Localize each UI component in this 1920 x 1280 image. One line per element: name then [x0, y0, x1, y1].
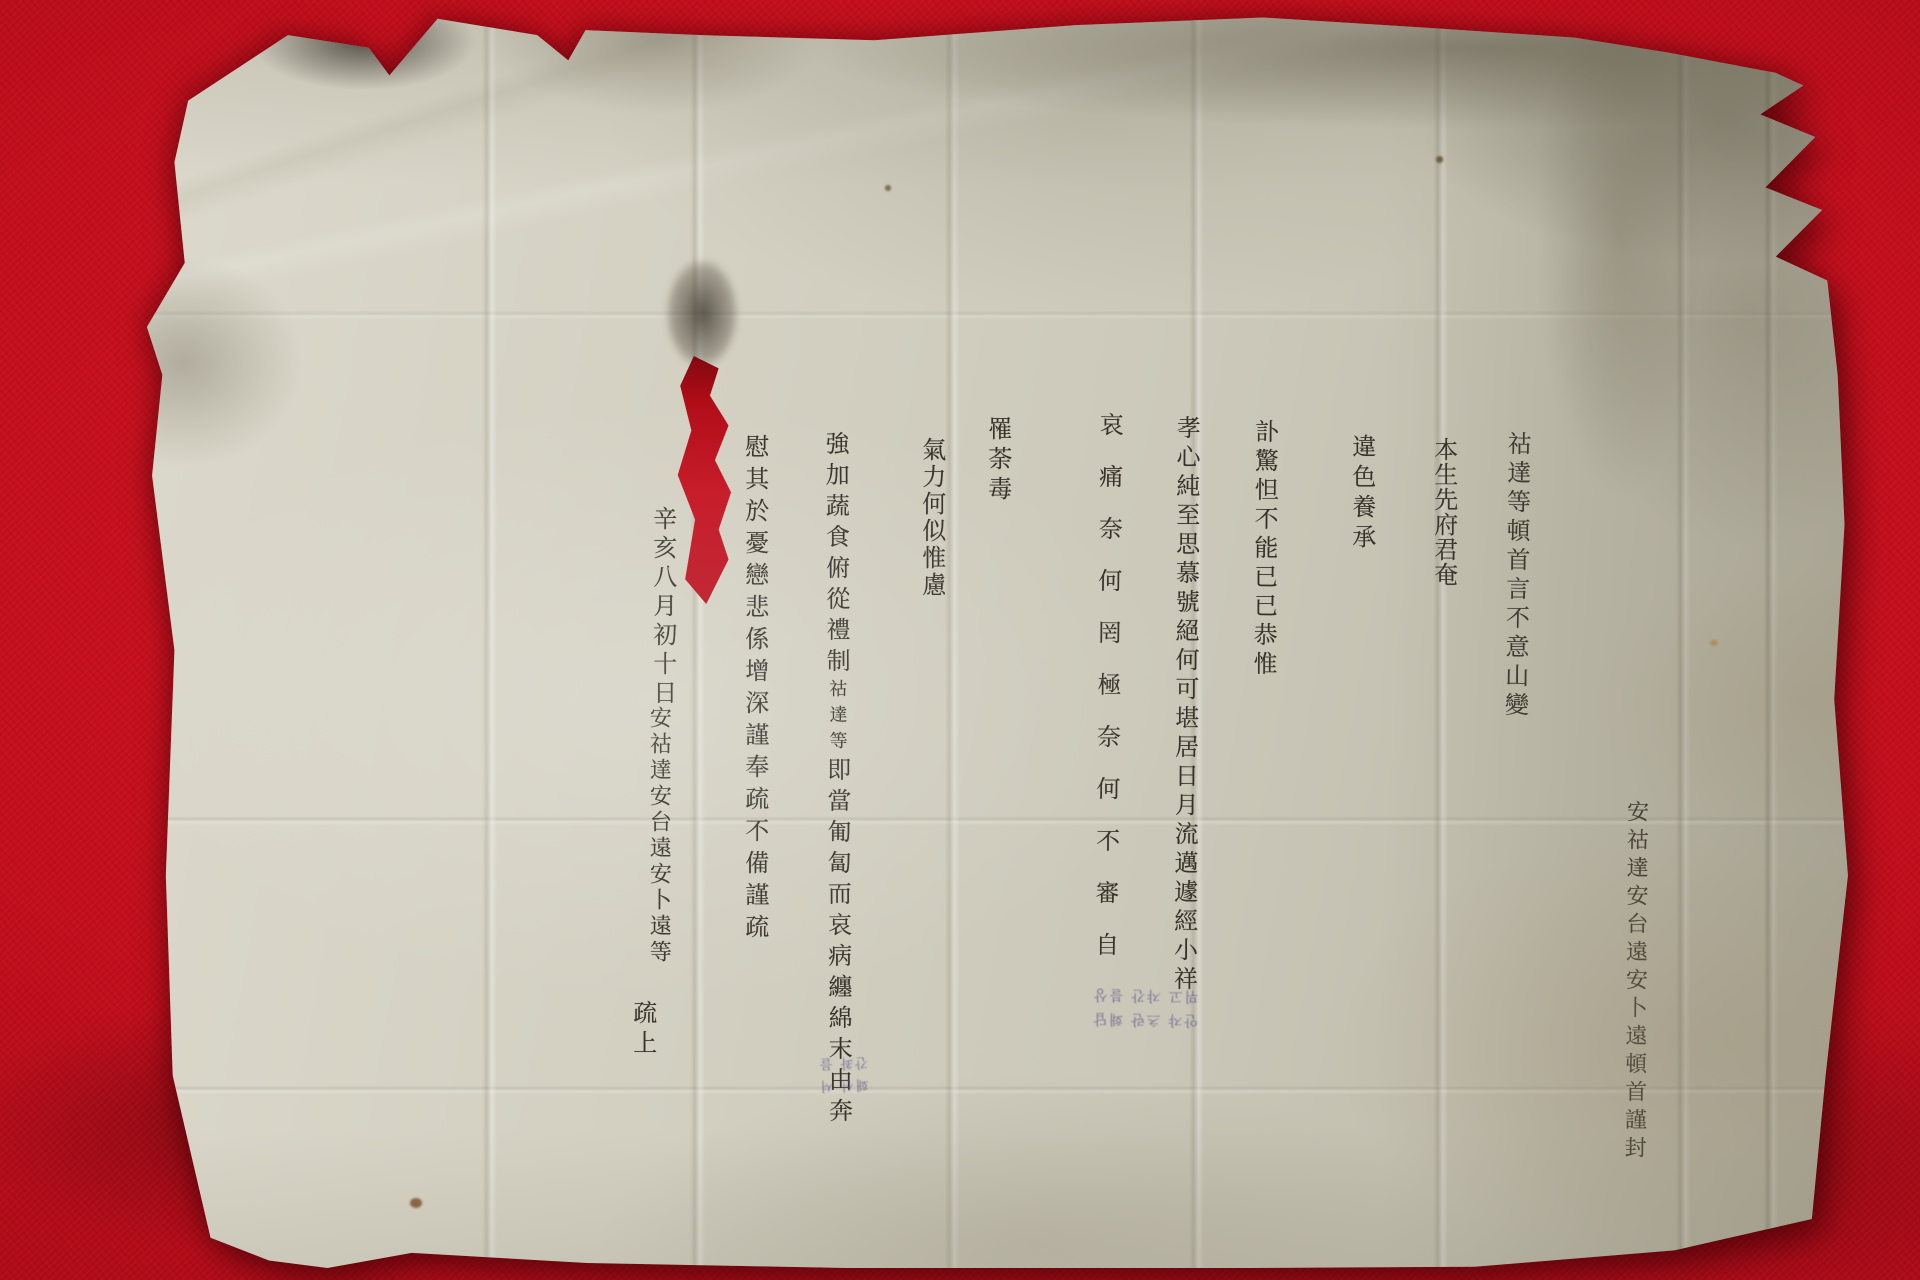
brown-speck: [885, 185, 891, 191]
closing-column: 疏上: [628, 1000, 657, 1060]
text-column-7: 罹荼毒: [983, 416, 1012, 506]
envelope-address-column: 安祜達安台遠安卜遠頓首謹封: [1620, 800, 1649, 1164]
brown-speck: [410, 1198, 422, 1208]
opening-column: 祜達等頓首言不意山變: [1499, 431, 1531, 721]
signature-column: 安祜達安台遠安卜遠等: [645, 706, 671, 966]
brown-speck: [1436, 156, 1443, 163]
text-column-9a: 強加蔬食俯從禮制: [821, 431, 850, 679]
text-column-4: 訃驚怛不能已已恭惟: [1248, 419, 1279, 680]
note-line: 홰신 셔: [758, 1072, 869, 1098]
upside-down-hangul-note-2: 홰신 셔 간촤 믈: [757, 1050, 868, 1098]
text-column-5: 孝心純至思慕號絕何可堪居日月流邁遽經小祥: [1168, 415, 1200, 995]
text-column-9b-small: 祜達等: [826, 679, 847, 757]
text-column-8: 氣力何似惟慮: [917, 437, 946, 599]
brown-speck: [1710, 640, 1718, 646]
upside-down-hangul-note-1: 안쟈 츠란 홰답 뮈고 쟈간 블상: [1048, 981, 1199, 1031]
paper-shadow-wrap: 安祜達安台遠安卜遠頓首謹封 祜達等頓首言不意山變 本生先府君奄 違色養承 訃驚怛…: [0, 0, 1920, 1280]
note-line: 간촤 믈: [757, 1050, 868, 1076]
torn-hole: [674, 356, 736, 604]
text-column-9: 強加蔬食俯從禮制祜達等即當匍匐而哀病纏綿末由奔: [820, 431, 852, 1129]
text-column-3: 違色養承: [1347, 434, 1376, 554]
text-column-10: 慰其於憂戀悲係增深謹奉疏不備謹疏: [740, 434, 769, 946]
document-paper: 安祜達安台遠安卜遠頓首謹封 祜達等頓首言不意山變 本生先府君奄 違色養承 訃驚怛…: [140, 10, 1860, 1268]
text-column-2: 本生先府君奄: [1429, 437, 1458, 587]
text-column-6: 哀痛奈何罔極奈何不審自: [1090, 412, 1124, 984]
note-line: 안쟈 츠란 홰답: [1048, 1004, 1198, 1030]
photograph-of-document: 安祜達安台遠安卜遠頓首謹封 祜達等頓首言不意山變 本生先府君奄 違色養承 訃驚怛…: [0, 0, 1920, 1280]
date-column: 辛亥八月初十日: [648, 506, 677, 709]
note-line: 뮈고 쟈간 블상: [1048, 981, 1198, 1007]
